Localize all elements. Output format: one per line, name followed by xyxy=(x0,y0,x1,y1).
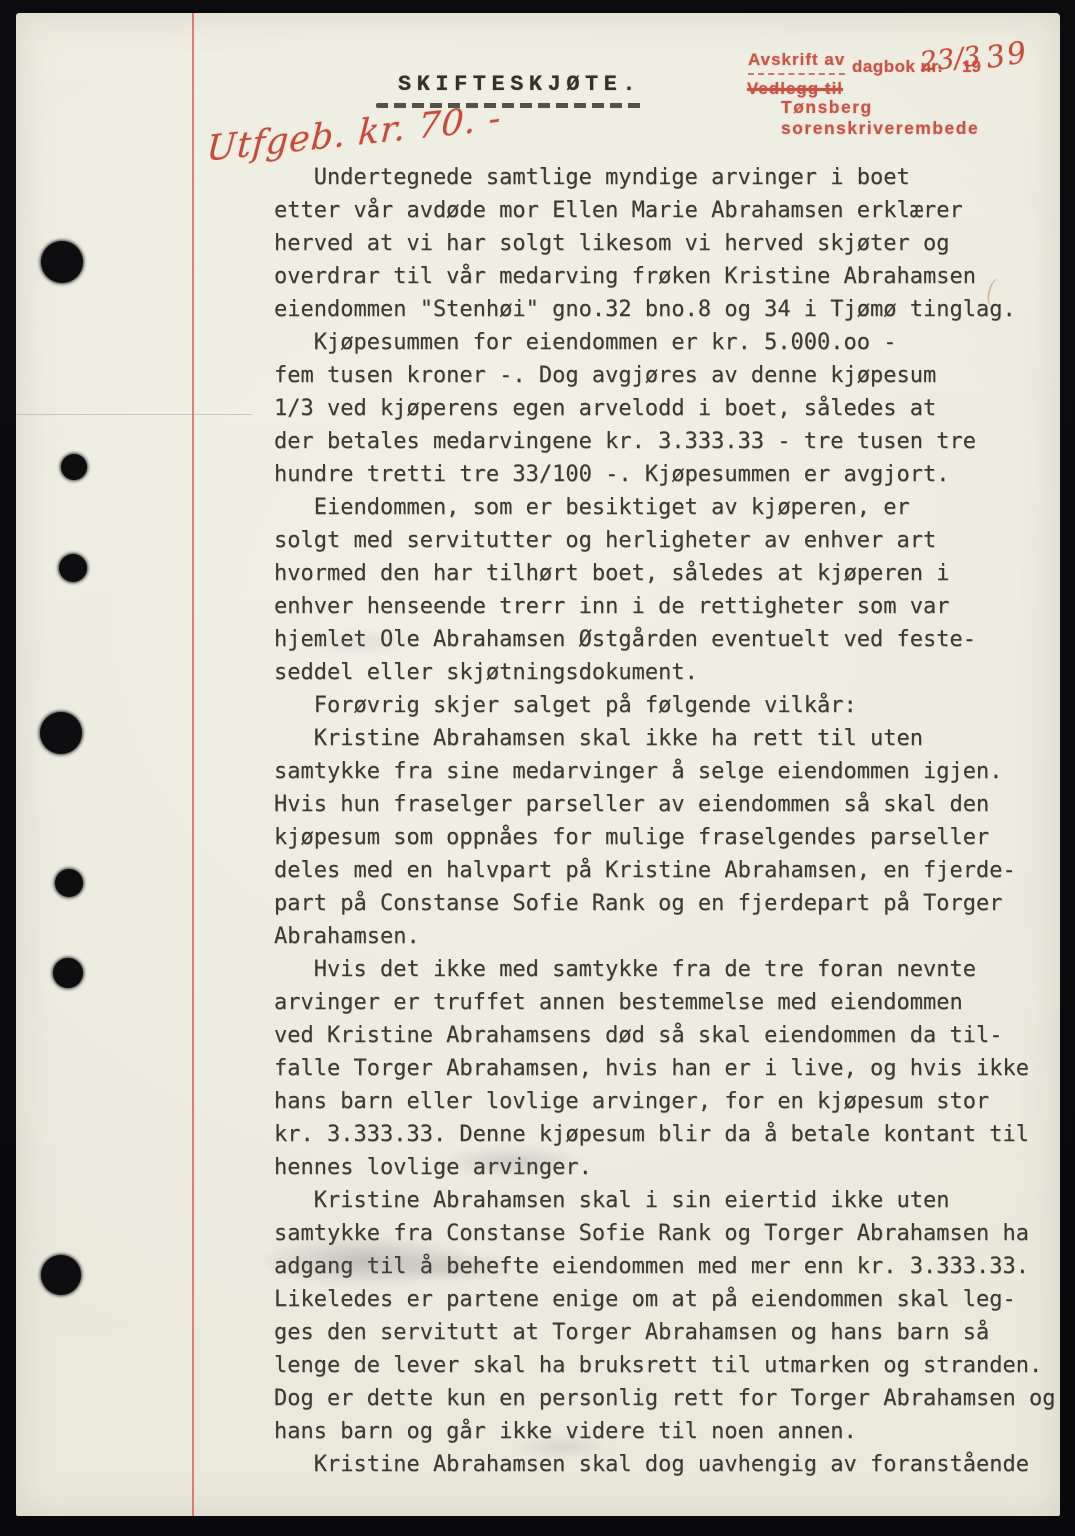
body-text-line: Hvis hun fraselger parseller av eiendomm… xyxy=(274,788,1064,821)
stamp-office-name: Tønsberg sorenskriverembede xyxy=(781,97,1075,139)
body-text-line: ved Kristine Abrahamsens død så skal eie… xyxy=(274,1019,1064,1052)
body-text-line: Likeledes er partene enige om at på eien… xyxy=(274,1283,1064,1316)
body-text-line: Kristine Abrahamsen skal i sin eiertid i… xyxy=(274,1184,1064,1217)
body-text-line: fem tusen kroner -. Dog avgjøres av denn… xyxy=(274,359,1064,392)
body-text-line: solgt med servitutter og herligheter av … xyxy=(274,524,1064,557)
body-text-line: kr. 3.333.33. Denne kjøpesum blir da å b… xyxy=(274,1118,1064,1151)
body-text-line: deles med en halvpart på Kristine Abraha… xyxy=(274,854,1064,887)
body-text-line: Kristine Abrahamsen skal dog uavhengig a… xyxy=(274,1448,1064,1481)
body-text-line: eiendommen "Stenhøi" gno.32 bno.8 og 34 … xyxy=(274,293,1064,326)
body-text-line: samtykke fra sine medarvinger å selge ei… xyxy=(274,755,1064,788)
body-text-line: arvinger er truffet annen bestemmelse me… xyxy=(274,986,1064,1019)
body-text-line: lenge de lever skal ha bruksrett til utm… xyxy=(274,1349,1064,1382)
body-text-line: adgang til å behefte eiendommen med mer … xyxy=(274,1250,1064,1283)
body-text-line: ges den servitutt at Torger Abrahamsen o… xyxy=(274,1316,1064,1349)
document-title: SKIFTESKJØTE. xyxy=(398,72,641,98)
body-text-line: hans barn eller lovlige arvinger, for en… xyxy=(274,1085,1064,1118)
body-text-line: seddel eller skjøtningsdokument. xyxy=(274,656,1064,689)
punch-hole xyxy=(40,712,82,754)
body-text-line: samtykke fra Constanse Sofie Rank og Tor… xyxy=(274,1217,1064,1250)
body-text-line: enhver henseende trerr inn i de rettighe… xyxy=(274,590,1064,623)
body-text-line: hans barn og går ikke videre til noen an… xyxy=(274,1415,1064,1448)
stamp-vedlegg-til-struck: Vedlegg til xyxy=(747,79,843,99)
body-text-line: Undertegnede samtlige myndige arvinger i… xyxy=(274,161,1064,194)
body-text-line: hennes lovlige arvinger. xyxy=(274,1151,1064,1184)
body-text-line: 1/3 ved kjøperens egen arvelodd i boet, … xyxy=(274,392,1064,425)
red-margin-line xyxy=(192,13,194,1516)
handwritten-year: 39 xyxy=(984,35,1031,76)
punch-hole xyxy=(41,1255,81,1295)
body-text-line: hundre tretti tre 33/100 -. Kjøpesummen … xyxy=(274,458,1064,491)
punch-hole xyxy=(53,958,83,988)
scanned-page: SKIFTESKJØTE. Avskrift av dagbok nr. 23/… xyxy=(0,0,1075,1536)
stamp-avskrift-av: Avskrift av xyxy=(748,50,845,75)
body-text-line: Eiendommen, som er besiktiget av kjøpere… xyxy=(274,491,1064,524)
body-text-line: hvormed den har tilhørt boet, således at… xyxy=(274,557,1064,590)
body-text-line: Kjøpesummen for eiendommen er kr. 5.000.… xyxy=(274,326,1064,359)
body-text-line: Hvis det ikke med samtykke fra de tre fo… xyxy=(274,953,1064,986)
body-text-line: overdrar til vår medarving frøken Kristi… xyxy=(274,260,1064,293)
body-text-line: Kristine Abrahamsen skal ikke ha rett ti… xyxy=(274,722,1064,755)
stamp-year-prefix: 19 xyxy=(962,57,981,77)
body-text-line: etter vår avdøde mor Ellen Marie Abraham… xyxy=(274,194,1064,227)
body-text-line: der betales medarvingene kr. 3.333.33 - … xyxy=(274,425,1064,458)
body-text-line: hjemlet Ole Abrahamsen Østgården eventue… xyxy=(274,623,1064,656)
body-text: Undertegnede samtlige myndige arvinger i… xyxy=(274,161,1064,1481)
body-text-line: falle Torger Abrahamsen, hvis han er i l… xyxy=(274,1052,1064,1085)
body-text-line: Abrahamsen. xyxy=(274,920,1064,953)
body-text-line: part på Constanse Sofie Rank og en fjerd… xyxy=(274,887,1064,920)
body-text-line: herved at vi har solgt likesom vi herved… xyxy=(274,227,1064,260)
punch-hole xyxy=(61,454,87,480)
body-text-line: Forøvrig skjer salget på følgende vilkår… xyxy=(274,689,1064,722)
body-text-line: kjøpesum som oppnåes for mulige fraselge… xyxy=(274,821,1064,854)
punch-hole xyxy=(41,241,83,283)
body-text-line: Dog er dette kun en personlig rett for T… xyxy=(274,1382,1064,1415)
punch-hole xyxy=(59,554,87,582)
punch-hole xyxy=(55,869,83,897)
